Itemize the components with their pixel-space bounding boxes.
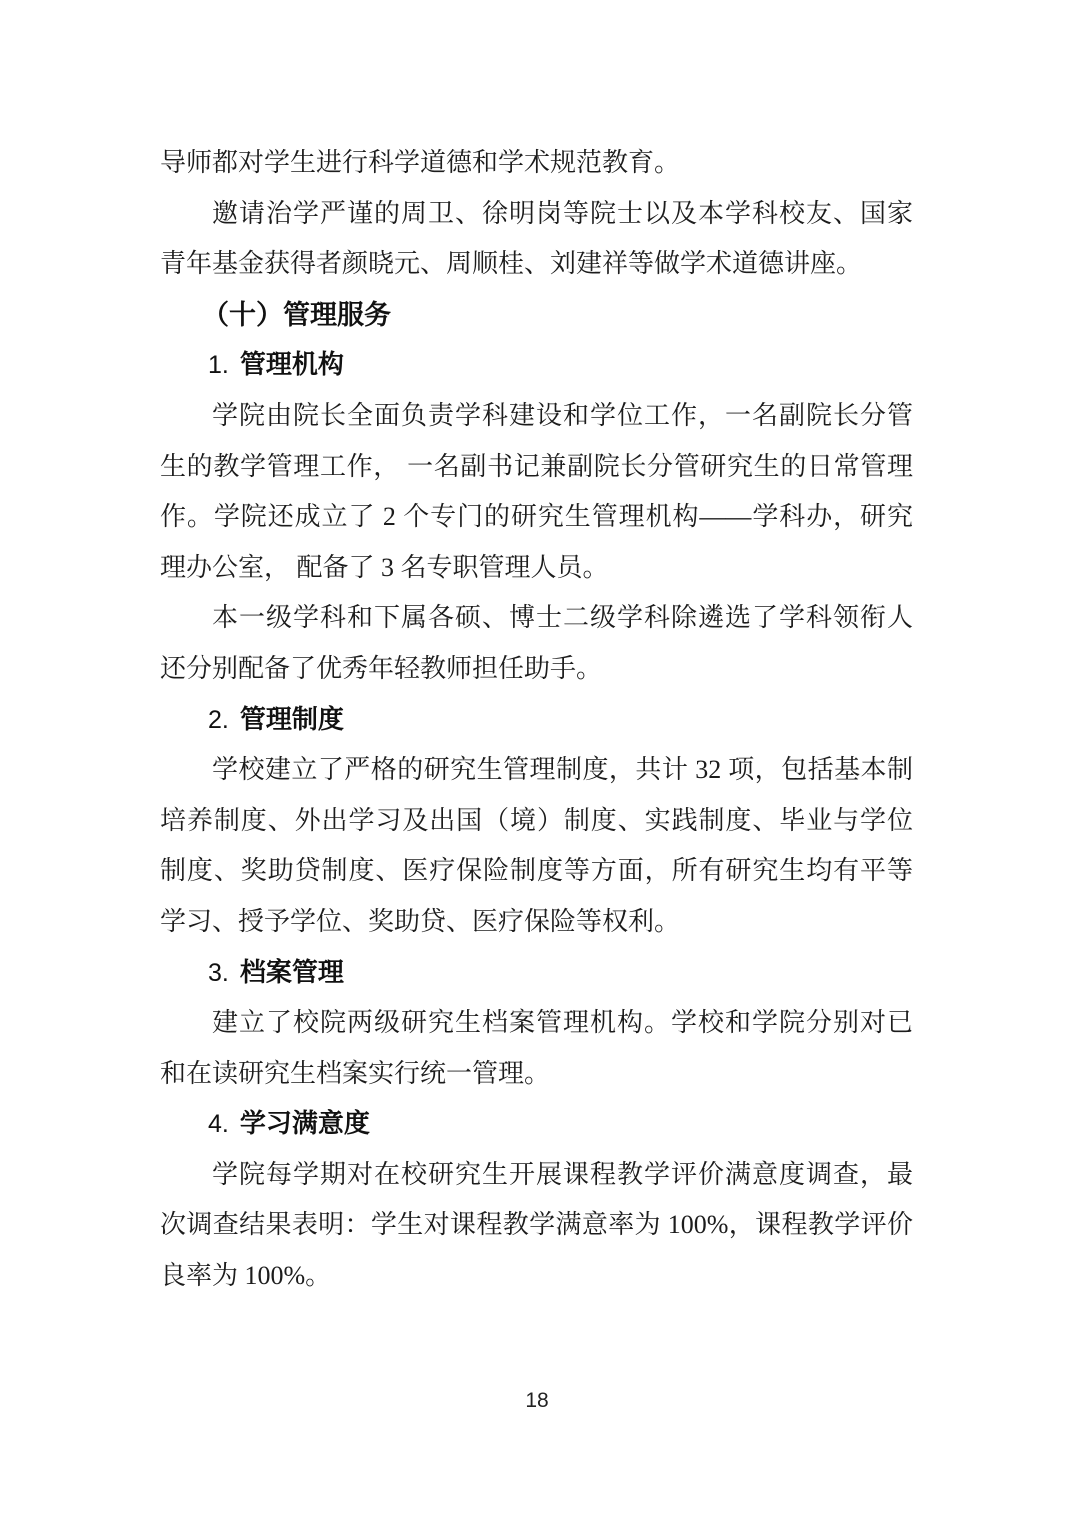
document-body: 导师都对学生进行科学道德和学术规范教育。邀请治学严谨的周卫、徐明岗等院士以及本学…	[160, 138, 913, 1302]
paragraph-line: 次调查结果表明：学生对课程教学满意率为 100%，课程教学评价优	[160, 1200, 913, 1251]
section-heading: （十）管理服务	[160, 290, 913, 341]
heading-title: 管理机构	[240, 350, 344, 379]
heading-title: 管理制度	[240, 705, 344, 734]
heading-number: 1.	[208, 351, 229, 379]
paragraph-line: 学习、授予学位、奖助贷、医疗保险等权利。	[160, 897, 913, 948]
paragraph-line: 作。学院还成立了 2 个专门的研究生管理机构——学科办，研究生管	[160, 492, 913, 543]
sub-heading: 2.管理制度	[160, 695, 913, 746]
heading-number: 4.	[208, 1110, 229, 1138]
paragraph-line: 培养制度、外出学习及出国（境）制度、实践制度、毕业与学位授予	[160, 796, 913, 847]
heading-number: 3.	[208, 959, 229, 987]
heading-number: 2.	[208, 706, 229, 734]
paragraph-line: 邀请治学严谨的周卫、徐明岗等院士以及本学科校友、国家杰出	[160, 189, 913, 240]
paragraph-line: 还分别配备了优秀年轻教师担任助手。	[160, 644, 913, 695]
paragraph-line: 导师都对学生进行科学道德和学术规范教育。	[160, 138, 913, 189]
sub-heading: 1.管理机构	[160, 340, 913, 391]
heading-title: 学习满意度	[240, 1109, 370, 1138]
paragraph-line: 制度、奖助贷制度、医疗保险制度等方面，所有研究生均有平等享受	[160, 846, 913, 897]
heading-title: 档案管理	[240, 958, 344, 987]
page-number: 18	[0, 1386, 1074, 1416]
paragraph-line: 生的教学管理工作， 一名副书记兼副院长分管研究生的日常管理工	[160, 442, 913, 493]
paragraph-line: 学校建立了严格的研究生管理制度，共计 32 项，包括基本制度、	[160, 745, 913, 796]
document-page: 导师都对学生进行科学道德和学术规范教育。邀请治学严谨的周卫、徐明岗等院士以及本学…	[0, 0, 1074, 1520]
sub-heading: 4.学习满意度	[160, 1099, 913, 1150]
paragraph-line: 青年基金获得者颜晓元、周顺桂、刘建祥等做学术道德讲座。	[160, 239, 913, 290]
paragraph-line: 良率为 100%。	[160, 1251, 913, 1302]
paragraph-line: 学院由院长全面负责学科建设和学位工作，一名副院长分管研究	[160, 391, 913, 442]
sub-heading: 3.档案管理	[160, 948, 913, 999]
paragraph-line: 本一级学科和下属各硕、博士二级学科除遴选了学科领衔人外，	[160, 593, 913, 644]
paragraph-line: 建立了校院两级研究生档案管理机构。学校和学院分别对已毕业	[160, 998, 913, 1049]
paragraph-line: 和在读研究生档案实行统一管理。	[160, 1049, 913, 1100]
paragraph-line: 理办公室， 配备了 3 名专职管理人员。	[160, 543, 913, 594]
paragraph-line: 学院每学期对在校研究生开展课程教学评价满意度调查，最近一	[160, 1150, 913, 1201]
